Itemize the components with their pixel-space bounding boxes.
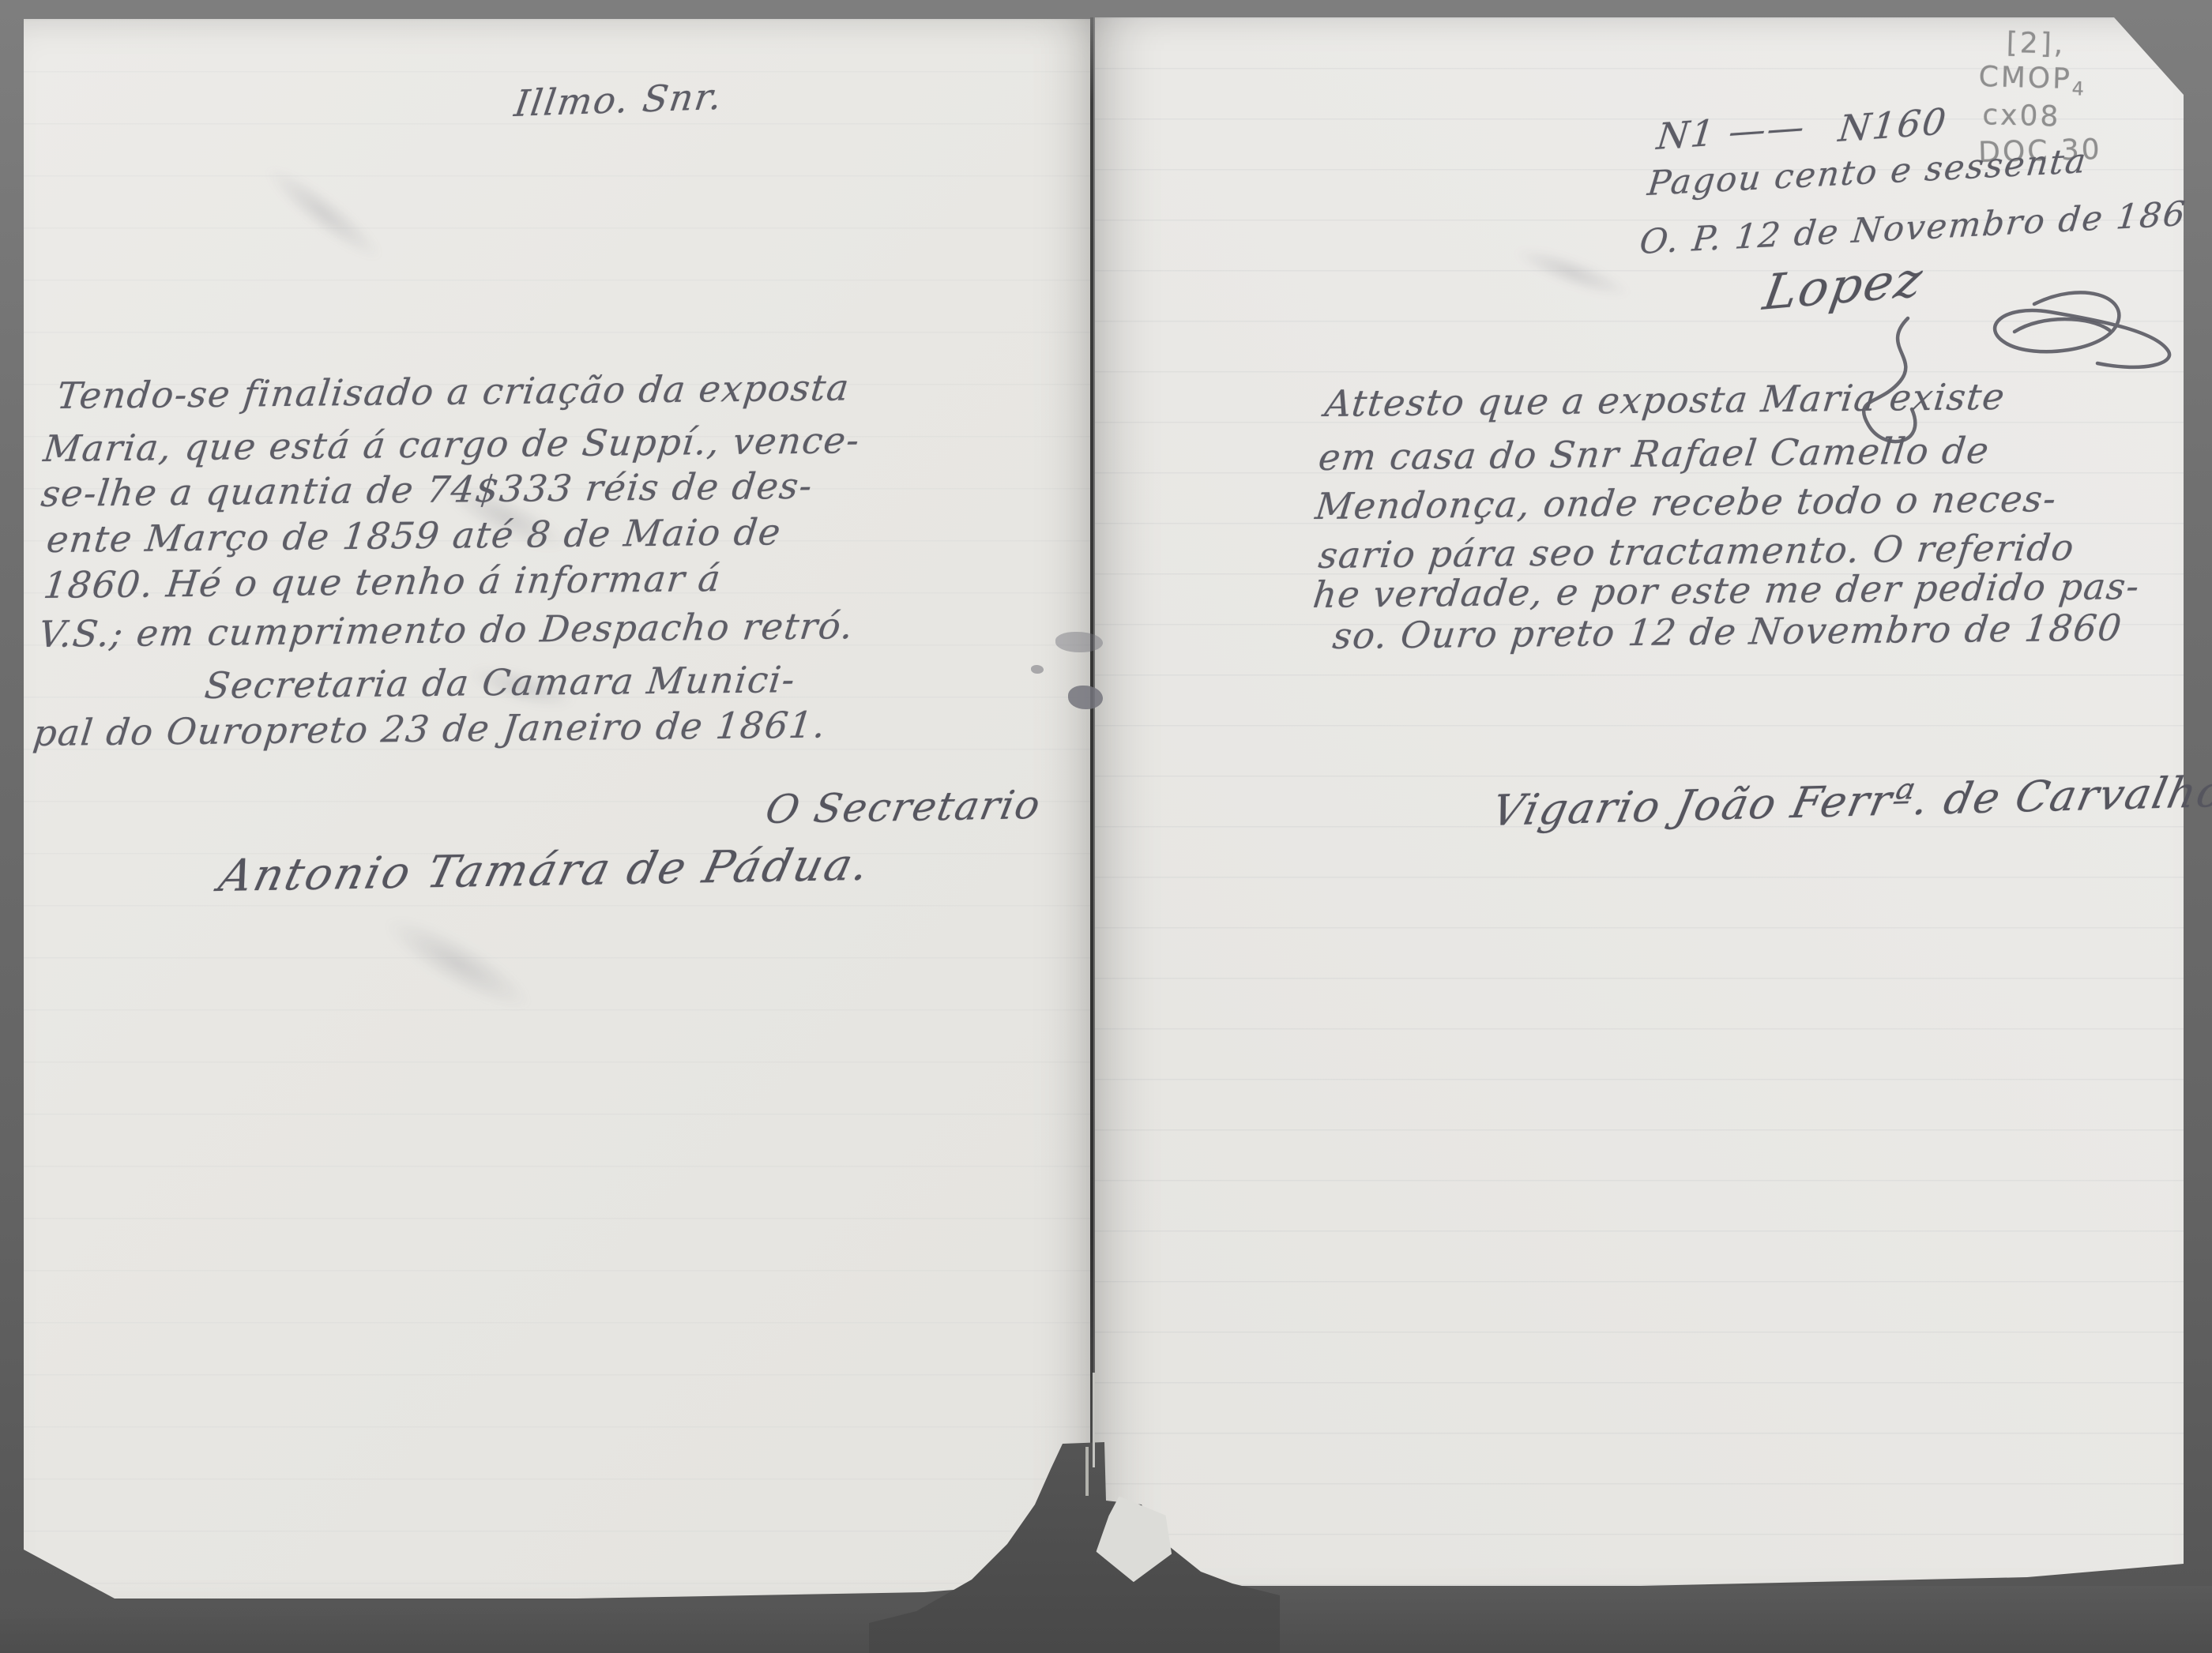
ink-blot xyxy=(1068,686,1103,709)
left-body-line: pal do Ouropreto 23 de Janeiro de 1861. xyxy=(32,707,829,751)
annotation-code-sub: 4 xyxy=(2071,77,2086,100)
annotation-code: CMOP xyxy=(1978,61,2072,96)
left-body-line: Secretaria da Camara Munici- xyxy=(203,661,798,704)
left-body-line: V.S.; em cumprimento do Despacho retró. xyxy=(37,607,856,652)
closing-role: O Secretario xyxy=(762,785,1044,829)
left-body-line: Maria, que está á cargo de Suppí., vence… xyxy=(42,422,862,467)
right-body-line: Attesto que a exposta Maria existe xyxy=(1323,378,2007,422)
ink-blot xyxy=(1031,665,1044,674)
annotation-line: cx08 xyxy=(1977,98,2104,136)
clerk-signature: Lopez xyxy=(1760,255,1927,317)
left-body-line: Tendo-se finalisado a criação da exposta xyxy=(55,370,852,414)
document-number-right: N160 xyxy=(1837,103,1949,147)
ink-blot xyxy=(1055,632,1103,652)
right-body-line: em casa do Snr Rafael Camello de xyxy=(1317,432,1992,475)
left-body-line: 1860. Hé o que tenho á informar á xyxy=(42,560,724,603)
secretary-signature: Antonio Tamára de Pádua. xyxy=(215,843,875,899)
right-body-line: he verdade, e por este me der pedido pas… xyxy=(1311,568,2142,613)
annotation-line: CMOP4 xyxy=(1978,60,2105,102)
binding-fold xyxy=(1090,17,1093,1448)
manuscript-scan: [2], CMOP4 cx08 DOC 30 Illmo. Snr. Tendo… xyxy=(0,0,2212,1653)
right-body-line: so. Ouro preto 12 de Novembro de 1860 xyxy=(1331,610,2124,654)
salutation: Illmo. Snr. xyxy=(512,78,725,122)
binding-thread-lower xyxy=(1085,1447,1089,1496)
right-body-line: Mendonça, onde recebe todo o neces- xyxy=(1314,480,2059,524)
left-body-line: ente Março de 1859 até 8 de Maio de xyxy=(45,513,784,558)
document-number-left: N1 —— xyxy=(1655,108,1808,155)
binding-thread xyxy=(1093,1373,1095,1467)
left-body-line: se-lhe a quantia de 74$333 réis de des- xyxy=(39,468,815,512)
annotation-line: [2], xyxy=(1979,25,2105,63)
